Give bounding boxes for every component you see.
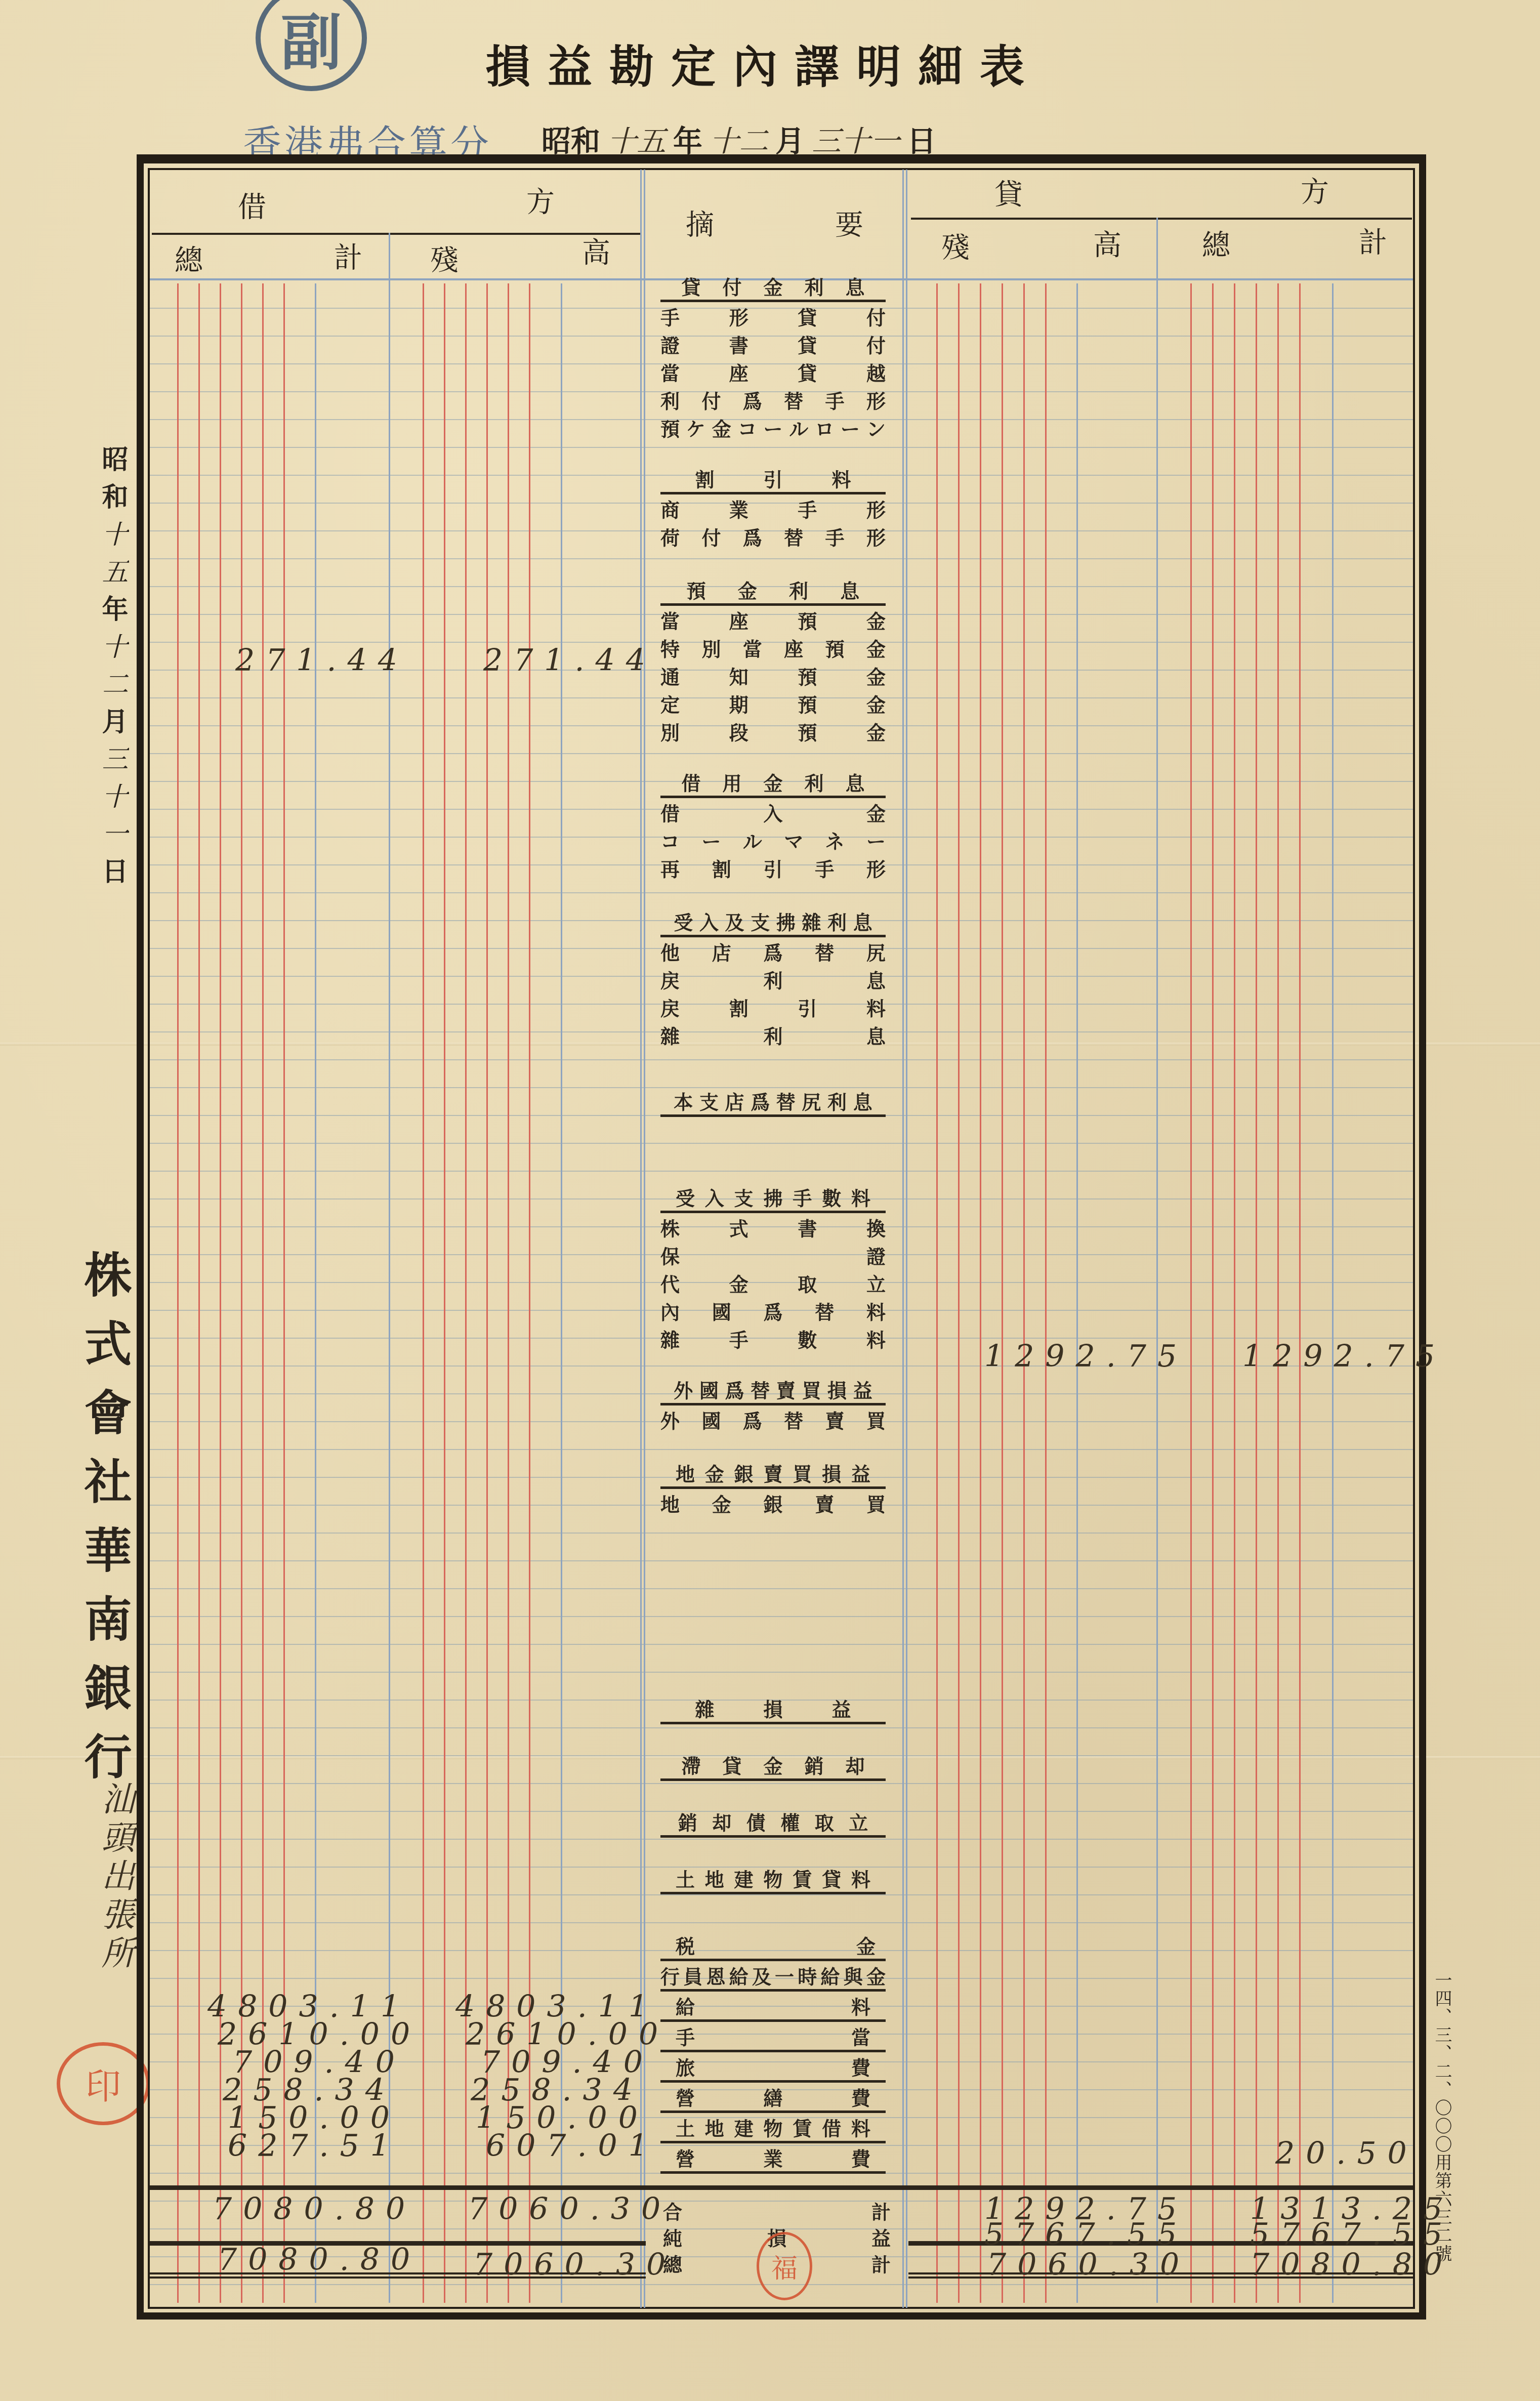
glyph: 式 bbox=[729, 1213, 748, 1241]
glyph: 替 bbox=[751, 1375, 770, 1403]
glyph: 金 bbox=[866, 798, 886, 826]
glyph: 期 bbox=[729, 689, 748, 717]
digit-rule bbox=[1045, 283, 1047, 2303]
glyph: 座 bbox=[784, 634, 803, 661]
single-items: 雜損益 滯貸金銷却 銷却債權取立 土地建物賃貸料 bbox=[660, 1695, 886, 1894]
glyph: 銀 bbox=[734, 1459, 754, 1486]
glyph: 買 bbox=[866, 1489, 886, 1517]
debit-total-header-a: 總 bbox=[175, 238, 203, 278]
glyph: 損 bbox=[822, 1459, 841, 1486]
credit-header-b: 方 bbox=[1301, 170, 1329, 210]
stamp-text: 副 bbox=[281, 0, 342, 81]
digit-rule bbox=[958, 283, 960, 2303]
glyph: 店 bbox=[712, 937, 731, 965]
debit-header-rule bbox=[152, 233, 640, 235]
line-item: 手形貸付 bbox=[660, 302, 886, 330]
glyph: ネ bbox=[825, 826, 845, 854]
glyph: 別 bbox=[660, 717, 680, 745]
glyph: 息 bbox=[866, 1021, 886, 1049]
glyph: 入 bbox=[699, 907, 719, 935]
glyph: 金 bbox=[763, 768, 782, 796]
glyph: 金 bbox=[866, 634, 886, 661]
glyph: 座 bbox=[729, 358, 748, 386]
glyph: 爲 bbox=[763, 1297, 782, 1324]
glyph: 立 bbox=[849, 1807, 868, 1835]
glyph: 土 bbox=[676, 1864, 695, 1892]
glyph: 取 bbox=[815, 1807, 834, 1835]
glyph: 數 bbox=[798, 1324, 817, 1352]
category-label: 外國爲替賣買損益 bbox=[660, 1377, 886, 1405]
section-foreign-exchange: 外國爲替賣買損益 外國爲替賣買 bbox=[660, 1377, 886, 1433]
line-item: 當座貸越 bbox=[660, 358, 886, 386]
glyph: 特 bbox=[660, 634, 680, 661]
glyph: 賃 bbox=[793, 2113, 812, 2141]
glyph: 利 bbox=[763, 1021, 782, 1049]
page-title: 損益勘定內譯明細表 bbox=[486, 31, 1042, 95]
glyph: 書 bbox=[798, 1213, 817, 1241]
glyph: 地 bbox=[660, 1489, 680, 1517]
glyph: 業 bbox=[729, 494, 748, 522]
glyph: 借 bbox=[681, 768, 700, 796]
line-item: コールマネー bbox=[660, 826, 886, 854]
line-item: 戻利息 bbox=[660, 965, 886, 993]
glyph: 付 bbox=[701, 386, 721, 413]
glyph: 銷 bbox=[804, 1751, 823, 1778]
category-label: 本支店爲替尻利息 bbox=[660, 1088, 886, 1117]
side-date-day-label: 日 bbox=[97, 857, 128, 895]
glyph: 買 bbox=[793, 1459, 812, 1486]
glyph: 本 bbox=[674, 1087, 693, 1114]
glyph: 金 bbox=[866, 717, 886, 745]
glyph: 旅 bbox=[676, 2052, 695, 2080]
glyph: 保 bbox=[660, 1241, 680, 1269]
duplicate-stamp: 副 bbox=[256, 0, 367, 91]
grand-credit-balance: 7060.30 bbox=[987, 2247, 1190, 2283]
glyph: ル bbox=[789, 413, 808, 441]
date-day: 三十一 bbox=[812, 117, 900, 160]
glyph: 建 bbox=[734, 2113, 754, 2141]
digit-rule bbox=[1299, 283, 1301, 2303]
glyph: 形 bbox=[866, 386, 886, 413]
glyph: 雜 bbox=[802, 907, 821, 935]
glyph: ル bbox=[743, 826, 762, 854]
glyph: 營 bbox=[676, 2083, 695, 2110]
glyph: 書 bbox=[729, 330, 748, 358]
glyph: 貸 bbox=[722, 1751, 741, 1778]
branch-seal: 印 bbox=[57, 2042, 150, 2125]
glyph: 荷 bbox=[660, 522, 680, 550]
line-item: 雜利息 bbox=[660, 1021, 886, 1049]
glyph: 料 bbox=[851, 2113, 870, 2141]
glyph: 付 bbox=[866, 302, 886, 330]
glyph: 引 bbox=[763, 854, 782, 882]
glyph: 替 bbox=[776, 1087, 796, 1114]
glyph: 用 bbox=[722, 768, 741, 796]
glyph: 他 bbox=[660, 937, 680, 965]
item-operating-expense: 營業費 bbox=[660, 2143, 886, 2174]
credit-total-header-a: 總 bbox=[1202, 223, 1230, 263]
glyph: 內 bbox=[660, 1297, 680, 1324]
glyph: 形 bbox=[866, 854, 886, 882]
line-item: 雜手數料 bbox=[660, 1324, 886, 1352]
line-item: 利付爲替手形 bbox=[660, 386, 886, 413]
line-item: 預ケ金コールローン bbox=[660, 413, 886, 441]
glyph: コ bbox=[660, 826, 680, 854]
sum-debit-total: 7080.80 bbox=[213, 2191, 416, 2227]
glyph: 賣 bbox=[815, 1489, 834, 1517]
glyph: 損 bbox=[763, 1694, 782, 1722]
line-item: 定期預金 bbox=[660, 689, 886, 717]
glyph: 金 bbox=[866, 661, 886, 689]
glyph: 預 bbox=[660, 413, 680, 441]
glyph: 付 bbox=[701, 522, 721, 550]
glyph: 支 bbox=[734, 1183, 754, 1211]
sum-debit-balance: 7060.30 bbox=[468, 2191, 672, 2227]
glyph: 建 bbox=[734, 1864, 754, 1892]
category-label: 割引料 bbox=[660, 466, 886, 494]
grand-credit-total: 7080.80 bbox=[1250, 2247, 1453, 2283]
digit-rule bbox=[980, 283, 981, 2303]
digit-rule bbox=[1023, 283, 1025, 2303]
glyph: 取 bbox=[798, 1269, 817, 1297]
glyph: 物 bbox=[763, 2113, 782, 2141]
company-name: 株式會社華南銀行 bbox=[70, 1250, 138, 1801]
entry-misc-fees-credit-total: 1292.75 bbox=[1242, 1339, 1446, 1374]
glyph: 支 bbox=[751, 907, 770, 935]
glyph: 利 bbox=[763, 965, 782, 993]
glyph: 當 bbox=[660, 606, 680, 634]
line-item: 通知預金 bbox=[660, 661, 886, 689]
glyph: 費 bbox=[851, 2083, 870, 2110]
date-day-label: 日 bbox=[907, 117, 936, 160]
approval-seal: 福 bbox=[757, 2232, 812, 2300]
glyph: 爲 bbox=[743, 1405, 762, 1433]
glyph: 形 bbox=[866, 494, 886, 522]
section-loan-interest: 貸付金利息 手形貸付 證書貸付 當座貸越 利付爲替手形 預ケ金コールローン bbox=[660, 273, 886, 441]
glyph: 賃 bbox=[793, 1864, 812, 1892]
glyph: 業 bbox=[763, 2143, 782, 2171]
glyph: マ bbox=[784, 826, 803, 854]
glyph: 替 bbox=[815, 1297, 834, 1324]
item-allowances: 手當 bbox=[660, 2022, 886, 2052]
glyph: 料 bbox=[866, 1324, 886, 1352]
line-item: 再割引手形 bbox=[660, 854, 886, 882]
section-misc-interest: 受入及支拂雜利息 他店爲替尻 戻利息 戻割引料 雜利息 bbox=[660, 908, 886, 1049]
glyph: 手 bbox=[825, 386, 845, 413]
section-deposit-interest: 預金利息 當座預金 特別當座預金 通知預金 定期預金 別段預金 bbox=[660, 577, 886, 745]
glyph: 賣 bbox=[776, 1375, 796, 1403]
glyph: 割 bbox=[695, 464, 714, 492]
glyph: 入 bbox=[763, 798, 782, 826]
side-date-year: 十五 bbox=[97, 520, 128, 595]
item-travel: 旅費 bbox=[660, 2052, 886, 2083]
glyph: 却 bbox=[845, 1751, 864, 1778]
glyph: 與 bbox=[844, 1961, 863, 1989]
glyph: 料 bbox=[851, 1183, 870, 1211]
line-item: 別段預金 bbox=[660, 717, 886, 745]
glyph: 雜 bbox=[695, 1694, 714, 1722]
glyph: 知 bbox=[729, 661, 748, 689]
glyph: 拂 bbox=[763, 1183, 782, 1211]
glyph: 買 bbox=[802, 1375, 821, 1403]
digit-rule bbox=[1212, 283, 1214, 2303]
label-grand-b: 計 bbox=[871, 2249, 891, 2275]
glyph: 預 bbox=[798, 717, 817, 745]
glyph: 恩 bbox=[706, 1961, 725, 1989]
glyph: 割 bbox=[729, 993, 748, 1021]
debit-balance-header-a: 殘 bbox=[430, 238, 459, 278]
line-item: 商業手形 bbox=[660, 494, 886, 522]
credit-total-header-b: 計 bbox=[1359, 220, 1387, 261]
cents-rule bbox=[1332, 283, 1334, 2303]
glyph: 地 bbox=[705, 2113, 724, 2141]
glyph: 料 bbox=[866, 993, 886, 1021]
glyph: 金 bbox=[866, 689, 886, 717]
glyph: 債 bbox=[746, 1807, 766, 1835]
glyph: 買 bbox=[866, 1405, 886, 1433]
section-discount: 割引料 商業手形 荷付爲替手形 bbox=[660, 466, 886, 550]
glyph: 手 bbox=[825, 522, 845, 550]
glyph: 尻 bbox=[866, 937, 886, 965]
glyph: 益 bbox=[831, 1694, 851, 1722]
glyph: 地 bbox=[705, 1864, 724, 1892]
glyph: 越 bbox=[866, 358, 886, 386]
glyph: 預 bbox=[798, 606, 817, 634]
glyph: 代 bbox=[660, 1269, 680, 1297]
glyph: 金 bbox=[866, 1961, 886, 1989]
debit-total-header-b: 計 bbox=[334, 235, 362, 276]
glyph: 手 bbox=[676, 2022, 695, 2050]
digit-rule bbox=[423, 283, 424, 2303]
entry-misc-fees-credit-balance: 1292.75 bbox=[984, 1339, 1188, 1374]
summary-header-b: 要 bbox=[835, 202, 863, 243]
glyph: 金 bbox=[712, 413, 731, 441]
date-year: 十五 bbox=[607, 117, 666, 160]
category-label: 地金銀賣買損益 bbox=[660, 1460, 886, 1489]
glyph: 入 bbox=[705, 1183, 724, 1211]
glyph: 證 bbox=[866, 1241, 886, 1269]
glyph: 金 bbox=[763, 272, 782, 300]
digit-rule bbox=[198, 283, 200, 2303]
glyph: 金 bbox=[729, 1269, 748, 1297]
glyph: 店 bbox=[725, 1087, 744, 1114]
glyph: 替 bbox=[784, 386, 803, 413]
debit-header-b: 方 bbox=[526, 180, 555, 220]
glyph: ー bbox=[701, 826, 721, 854]
glyph: 戻 bbox=[660, 965, 680, 993]
glyph: ー bbox=[841, 413, 860, 441]
glyph: 賣 bbox=[825, 1405, 845, 1433]
side-date-year-label: 年 bbox=[97, 595, 128, 633]
glyph: 換 bbox=[866, 1213, 886, 1241]
glyph: 手 bbox=[815, 854, 834, 882]
glyph: 借 bbox=[660, 798, 680, 826]
glyph: 利 bbox=[804, 768, 823, 796]
glyph: 物 bbox=[763, 1864, 782, 1892]
glyph: 料 bbox=[831, 464, 851, 492]
glyph: 手 bbox=[660, 302, 680, 330]
line-item: 代金取立 bbox=[660, 1269, 886, 1297]
date-era: 昭和 bbox=[542, 117, 600, 160]
glyph: 國 bbox=[699, 1375, 719, 1403]
section-borrowing-interest: 借用金利息 借入金 コールマネー 再割引手形 bbox=[660, 769, 886, 882]
section-branch-interest: 本支店爲替尻利息 bbox=[660, 1088, 886, 1117]
category-label: 預金利息 bbox=[660, 577, 886, 606]
glyph: 却 bbox=[712, 1807, 731, 1835]
glyph: 益 bbox=[851, 1459, 870, 1486]
line-item: 借入金 bbox=[660, 798, 886, 826]
glyph: 營 bbox=[676, 2143, 695, 2171]
glyph: 手 bbox=[798, 494, 817, 522]
glyph: 員 bbox=[683, 1961, 702, 1989]
side-date-month-label: 月 bbox=[97, 708, 128, 745]
glyph: 再 bbox=[660, 854, 680, 882]
glyph: 時 bbox=[798, 1961, 817, 1989]
glyph: 土 bbox=[676, 2113, 695, 2141]
glyph: 手 bbox=[729, 1324, 748, 1352]
glyph: 貸 bbox=[822, 1864, 841, 1892]
line-item: 荷付爲替手形 bbox=[660, 522, 886, 550]
grand-debit-balance: 7060.30 bbox=[473, 2247, 677, 2283]
glyph: 拂 bbox=[776, 907, 796, 935]
category-label: 借用金利息 bbox=[660, 769, 886, 798]
glyph: 繕 bbox=[763, 2083, 782, 2110]
glyph: ロ bbox=[815, 413, 834, 441]
credit-header-a: 貸 bbox=[994, 172, 1023, 213]
glyph: 付 bbox=[866, 330, 886, 358]
date-year-label: 年 bbox=[673, 117, 702, 160]
glyph: 支 bbox=[699, 1087, 719, 1114]
entry-special-deposit-debit-total: 271.44 bbox=[235, 643, 408, 678]
glyph: 息 bbox=[866, 965, 886, 993]
digit-rule bbox=[1277, 283, 1279, 2303]
glyph: 割 bbox=[712, 854, 731, 882]
item-rental-income: 土地建物賃貸料 bbox=[660, 1866, 886, 1894]
glyph: 形 bbox=[866, 522, 886, 550]
digit-rule bbox=[1234, 283, 1235, 2303]
line-item: 外國爲替賣買 bbox=[660, 1405, 886, 1433]
section-bullion: 地金銀賣買損益 地金銀賣買 bbox=[660, 1460, 886, 1517]
line-item: 地金銀賣買 bbox=[660, 1489, 886, 1517]
glyph: 爲 bbox=[725, 1375, 744, 1403]
glyph: 給 bbox=[821, 1961, 840, 1989]
glyph: 當 bbox=[851, 2022, 870, 2050]
item-bad-debt-writeoff: 滯貸金銷却 bbox=[660, 1752, 886, 1781]
glyph: 貸 bbox=[798, 358, 817, 386]
glyph: 金 bbox=[856, 1931, 876, 1959]
glyph: 息 bbox=[853, 907, 872, 935]
glyph: 替 bbox=[815, 937, 834, 965]
glyph: 行 bbox=[660, 1961, 680, 1989]
credit-balance-header-b: 高 bbox=[1093, 223, 1121, 263]
date-line: 昭和 十五 年 十二 月 三十一 日 bbox=[542, 117, 936, 160]
glyph: 金 bbox=[712, 1489, 731, 1517]
digit-rule bbox=[177, 283, 179, 2303]
category-label: 受入支拂手數料 bbox=[660, 1184, 886, 1213]
glyph: 株 bbox=[660, 1213, 680, 1241]
cents-rule bbox=[1076, 283, 1078, 2303]
line-item: 他店爲替尻 bbox=[660, 937, 886, 965]
glyph: 貸 bbox=[681, 272, 700, 300]
seal-text: 福 bbox=[771, 2247, 798, 2285]
digit-rule bbox=[1002, 283, 1003, 2303]
item-written-off-recovery: 銷却債權取立 bbox=[660, 1809, 886, 1838]
glyph: 商 bbox=[660, 494, 680, 522]
glyph: 貸 bbox=[798, 330, 817, 358]
side-date-day: 三十一 bbox=[97, 745, 128, 857]
glyph: ケ bbox=[686, 413, 705, 441]
side-date-era: 昭和 bbox=[97, 445, 128, 520]
glyph: 及 bbox=[725, 907, 744, 935]
glyph: 銀 bbox=[763, 1489, 782, 1517]
glyph: 當 bbox=[743, 634, 762, 661]
glyph: 雜 bbox=[660, 1021, 680, 1049]
category-label: 受入及支拂雜利息 bbox=[660, 908, 886, 937]
glyph: 及 bbox=[752, 1961, 771, 1989]
summary-left-divider bbox=[640, 170, 645, 2308]
branch-handwritten: 汕頭出張所 bbox=[91, 1782, 139, 1974]
glyph: 預 bbox=[798, 689, 817, 717]
debit-balance-header-b: 高 bbox=[582, 230, 610, 271]
item-misc-gain-loss: 雜損益 bbox=[660, 1695, 886, 1724]
glyph: 滯 bbox=[681, 1751, 700, 1778]
date-month: 十二 bbox=[710, 117, 768, 160]
debit-header-a: 借 bbox=[238, 185, 266, 225]
credit-header-rule bbox=[911, 218, 1412, 220]
glyph: 戻 bbox=[660, 993, 680, 1021]
seal-text: 印 bbox=[86, 2058, 121, 2109]
entry-operating-credit-total: 20.50 bbox=[1275, 2136, 1418, 2171]
glyph: 利 bbox=[827, 1087, 847, 1114]
glyph: 料 bbox=[866, 1297, 886, 1324]
glyph: 替 bbox=[784, 522, 803, 550]
glyph: 引 bbox=[763, 464, 782, 492]
glyph: 息 bbox=[853, 1087, 872, 1114]
glyph: 利 bbox=[804, 272, 823, 300]
glyph: 段 bbox=[729, 717, 748, 745]
grand-debit-total: 7080.80 bbox=[218, 2242, 421, 2278]
line-item: 保證 bbox=[660, 1241, 886, 1269]
entry-operating-debit-balance: 607.01 bbox=[486, 2128, 659, 2164]
glyph: 預 bbox=[798, 661, 817, 689]
expense-items: 税金 行員恩給及一時給與金 給料 手當 旅費 營繕費 土地建物賃借料 營業費 bbox=[660, 1931, 886, 2174]
line-item: 戻割引料 bbox=[660, 993, 886, 1021]
glyph: 貸 bbox=[798, 302, 817, 330]
digit-rule bbox=[444, 283, 445, 2303]
glyph: 銷 bbox=[678, 1807, 697, 1835]
glyph: 定 bbox=[660, 689, 680, 717]
glyph: 權 bbox=[780, 1807, 800, 1835]
column-divider bbox=[1156, 218, 1158, 2303]
glyph: 利 bbox=[660, 386, 680, 413]
glyph: 借 bbox=[822, 2113, 841, 2141]
glyph: 受 bbox=[674, 907, 693, 935]
glyph: 替 bbox=[784, 1405, 803, 1433]
glyph: 給 bbox=[729, 1961, 748, 1989]
digit-rule bbox=[1256, 283, 1257, 2303]
glyph: 尻 bbox=[802, 1087, 821, 1114]
entry-special-deposit-debit-balance: 271.44 bbox=[483, 643, 656, 678]
glyph: 金 bbox=[705, 1459, 724, 1486]
section-fees: 受入支拂手數料 株式書換 保證 代金取立 內國爲替料 雜手數料 bbox=[660, 1184, 886, 1352]
category-label: 貸付金利息 bbox=[660, 273, 886, 302]
glyph: 金 bbox=[866, 606, 886, 634]
glyph: 外 bbox=[660, 1405, 680, 1433]
glyph: 費 bbox=[851, 2143, 870, 2171]
label-net-c: 益 bbox=[871, 2223, 891, 2249]
line-item: 證書貸付 bbox=[660, 330, 886, 358]
item-repairs: 營繕費 bbox=[660, 2083, 886, 2113]
